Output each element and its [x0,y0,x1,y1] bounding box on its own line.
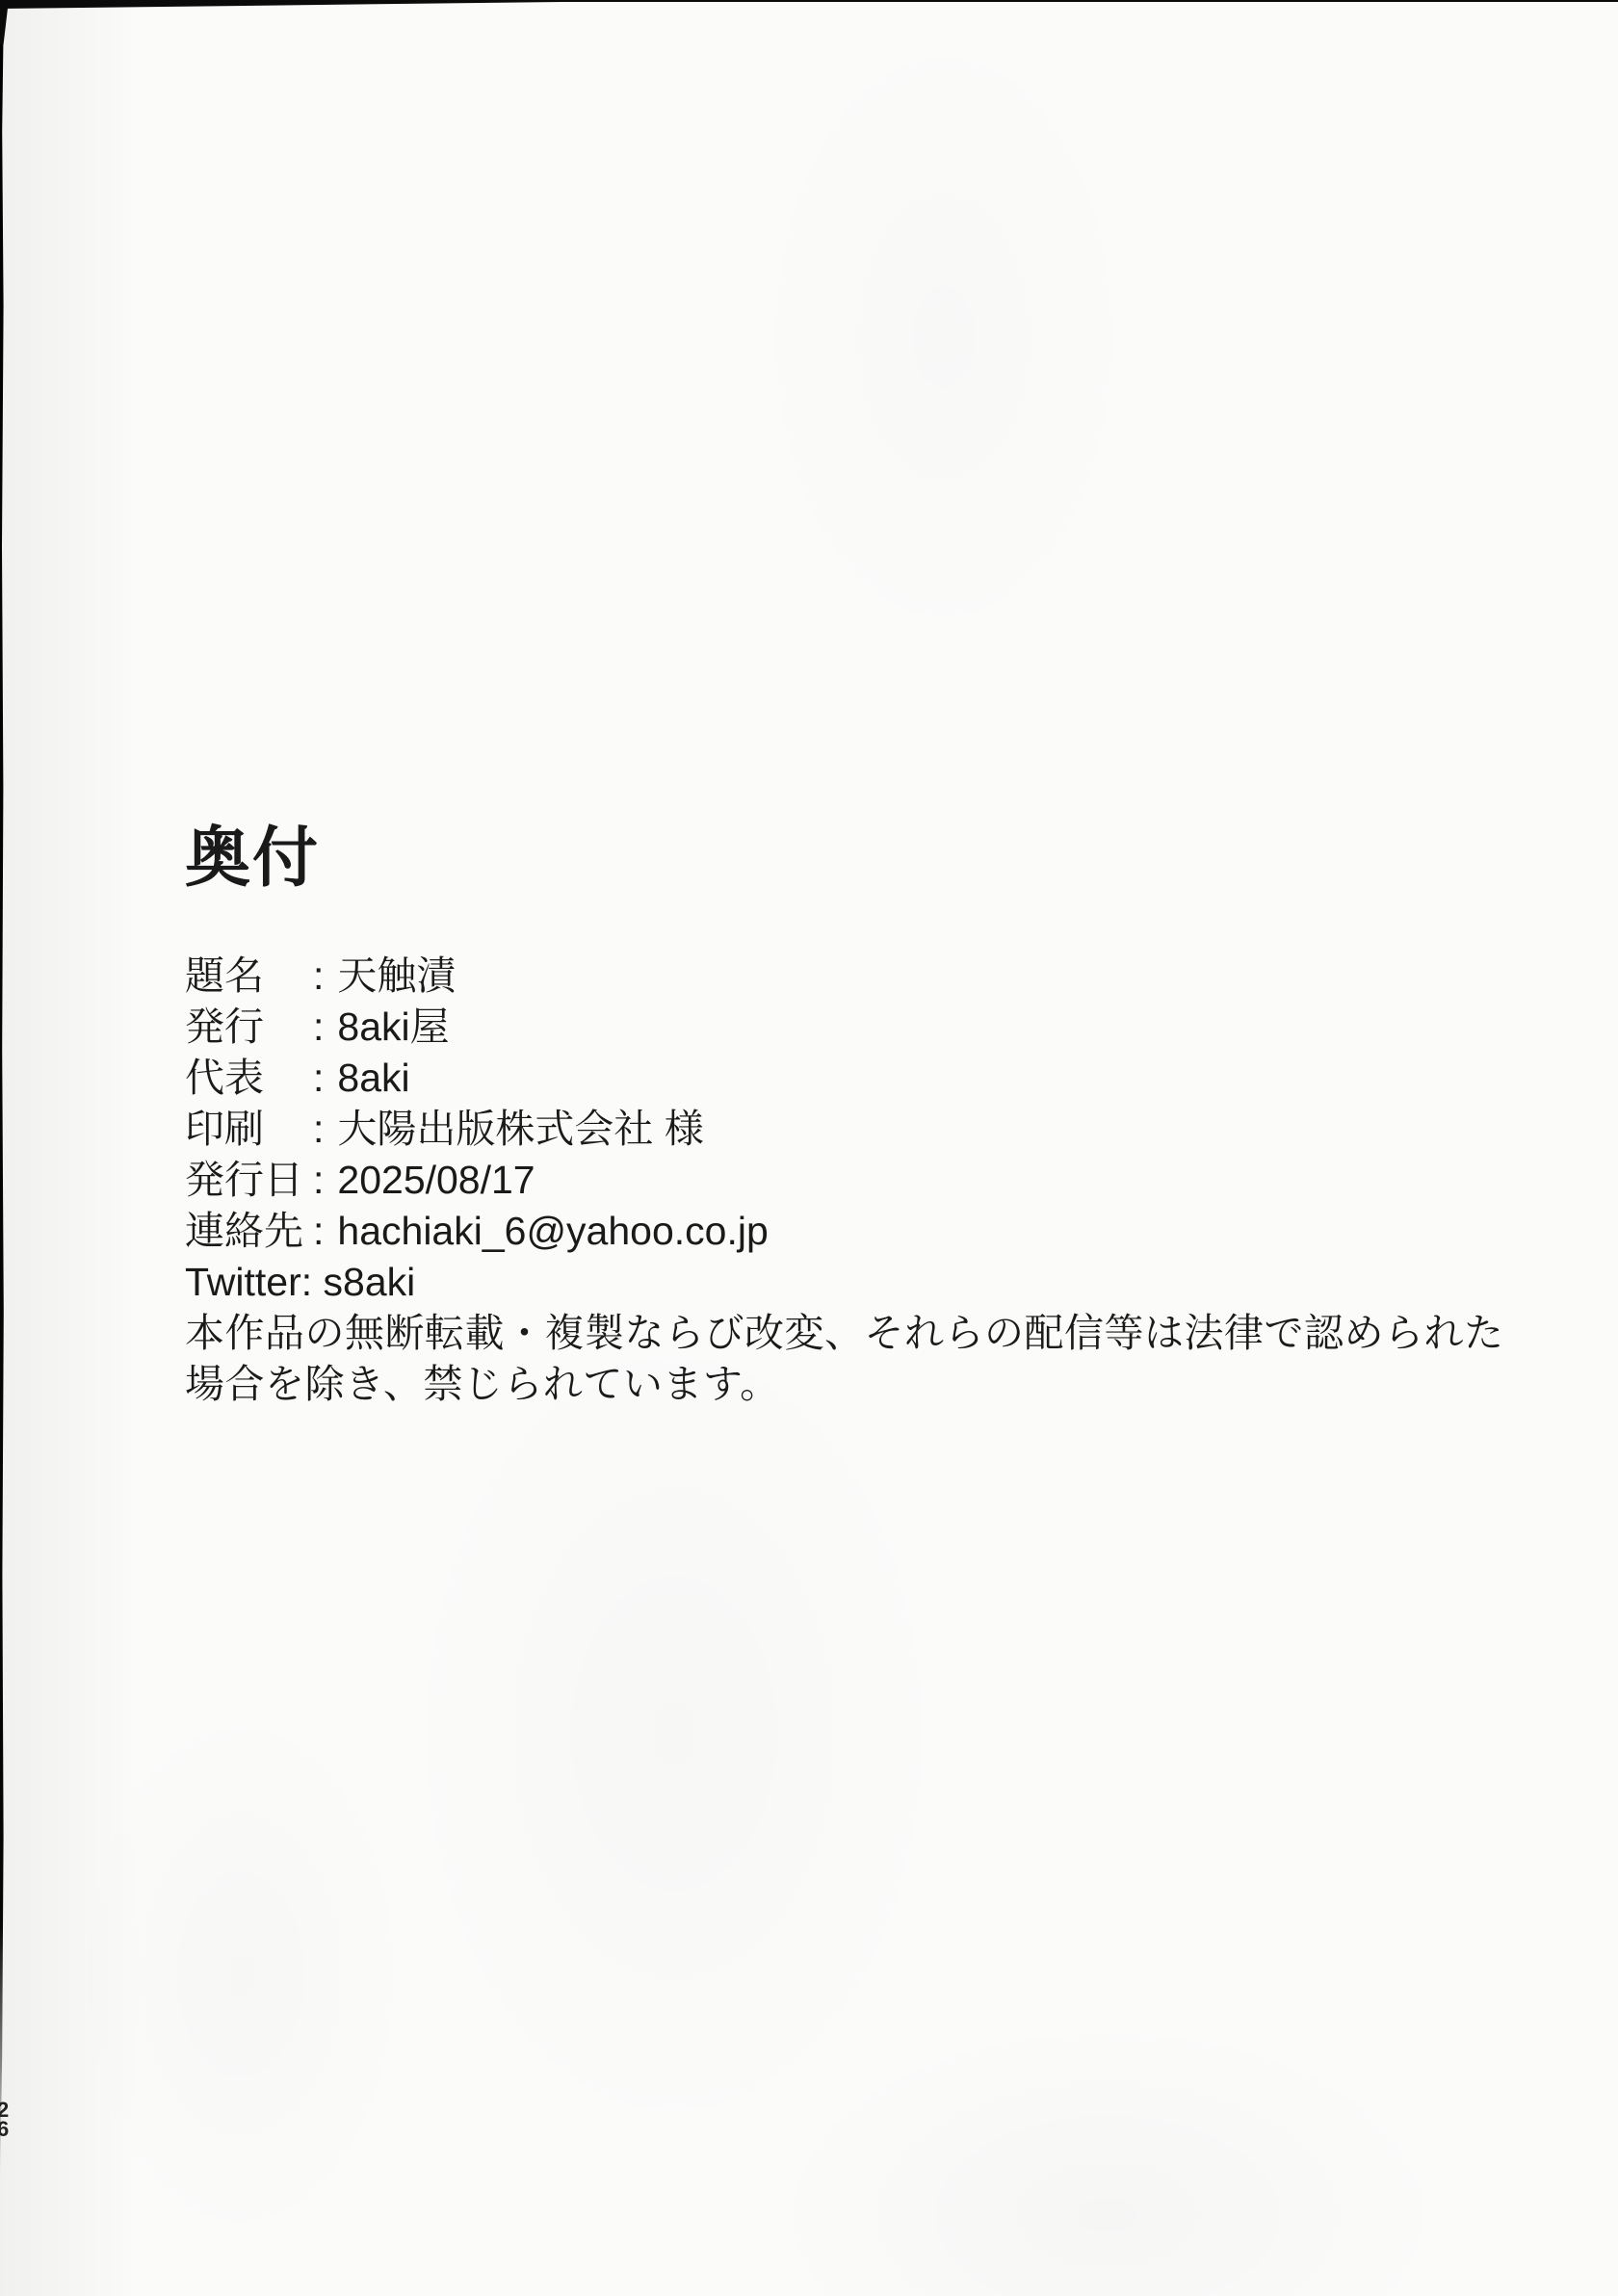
info-row-contact: 連絡先:hachiaki_6@yahoo.co.jp [185,1206,1466,1257]
scan-edge-left [0,0,4,2186]
info-value: 8aki屋 [337,1002,449,1053]
info-separator: : [313,951,324,1002]
twitter-handle-line: Twitter: s8aki [185,1257,1466,1308]
info-label: 発行日 [185,1155,313,1206]
info-separator: : [313,1002,324,1053]
scan-edge-corner [0,0,9,44]
info-value: 2025/08/17 [337,1155,535,1206]
info-value: 8aki [337,1053,409,1104]
scan-edge-top-left-taper [0,0,563,9]
copyright-notice-line-1: 本作品の無断転載・複製ならび改変、それらの配信等は法律で認められた [185,1308,1466,1359]
info-row-title: 題名:天触漬 [185,951,1466,1002]
info-label: 印刷 [185,1104,313,1155]
info-row-printer: 印刷:大陽出版株式会社 様 [185,1104,1466,1155]
info-separator: : [313,1206,324,1257]
info-row-publisher: 発行:8aki屋 [185,1002,1466,1053]
info-separator: : [313,1104,324,1155]
scanned-colophon-page: 奥付 題名:天触漬 発行:8aki屋 代表:8aki 印刷:大陽出版株式会社 様… [0,0,1618,2296]
page-number: 2 6 [0,2100,9,2139]
colophon-block: 奥付 題名:天触漬 発行:8aki屋 代表:8aki 印刷:大陽出版株式会社 様… [185,820,1466,1410]
copyright-notice-line-2: 場合を除き、禁じられています。 [185,1359,1466,1410]
colophon-heading: 奥付 [185,820,1466,897]
info-value: hachiaki_6@yahoo.co.jp [337,1206,768,1257]
info-row-representative: 代表:8aki [185,1053,1466,1104]
colophon-rows: 題名:天触漬 発行:8aki屋 代表:8aki 印刷:大陽出版株式会社 様 発行… [185,951,1466,1410]
info-label: 発行 [185,1002,313,1053]
info-separator: : [313,1155,324,1206]
info-label: 代表 [185,1053,313,1104]
info-separator: : [313,1053,324,1104]
page-number-digit: 6 [0,2120,9,2139]
info-label: 題名 [185,951,313,1002]
info-value: 大陽出版株式会社 様 [337,1104,703,1155]
info-row-publication-date: 発行日:2025/08/17 [185,1155,1466,1206]
info-value: 天触漬 [337,951,456,1002]
info-label: 連絡先 [185,1206,313,1257]
